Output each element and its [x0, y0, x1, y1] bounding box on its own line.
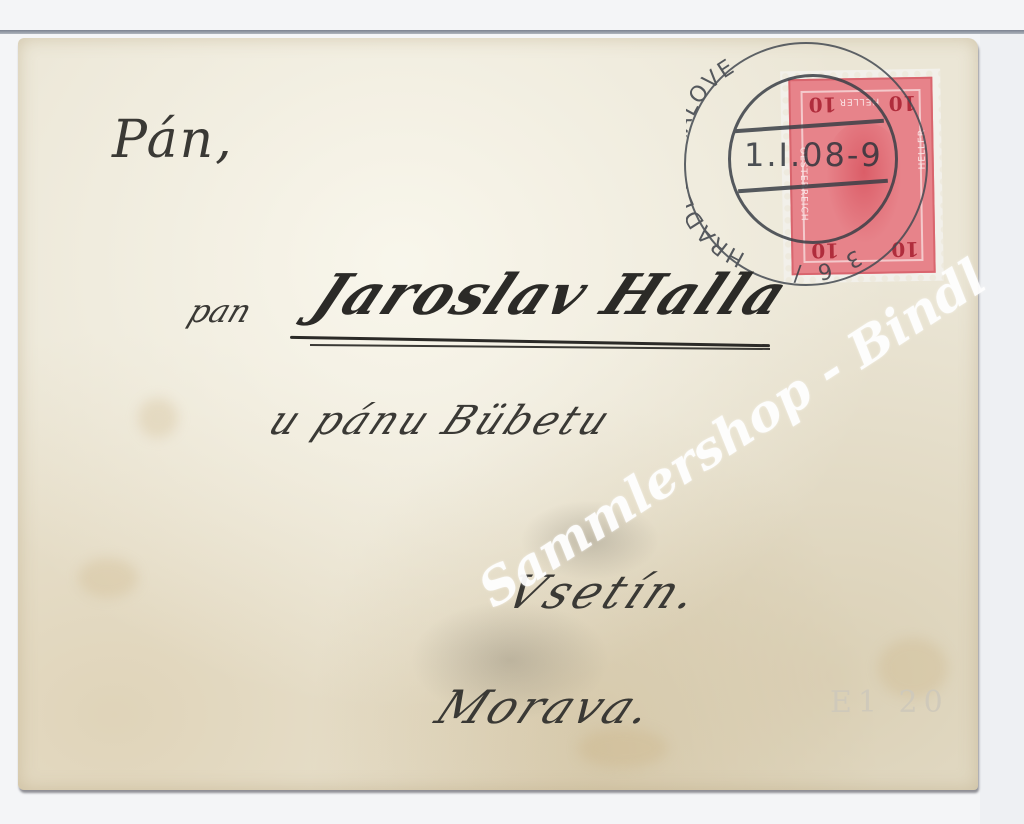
scan-backdrop [980, 34, 1024, 824]
pencil-price-note: E1 20 [830, 685, 949, 720]
address-region: Morava. [427, 680, 665, 734]
scanner-edge [0, 30, 1024, 34]
recipient-name: Jaroslav Halla [303, 262, 801, 328]
postmark-ring-text-lower: 3 6 / [789, 244, 865, 284]
address-care-of: u pánu Bübetu [261, 398, 620, 444]
salutation: Pán, [112, 110, 234, 170]
svg-text:3 6 /: 3 6 / [789, 244, 865, 284]
postmark-date: 1.I.08-9 [744, 136, 883, 174]
postmark: HRADEC KRALOVE 3 6 / 1.I.08-9 [684, 42, 928, 286]
